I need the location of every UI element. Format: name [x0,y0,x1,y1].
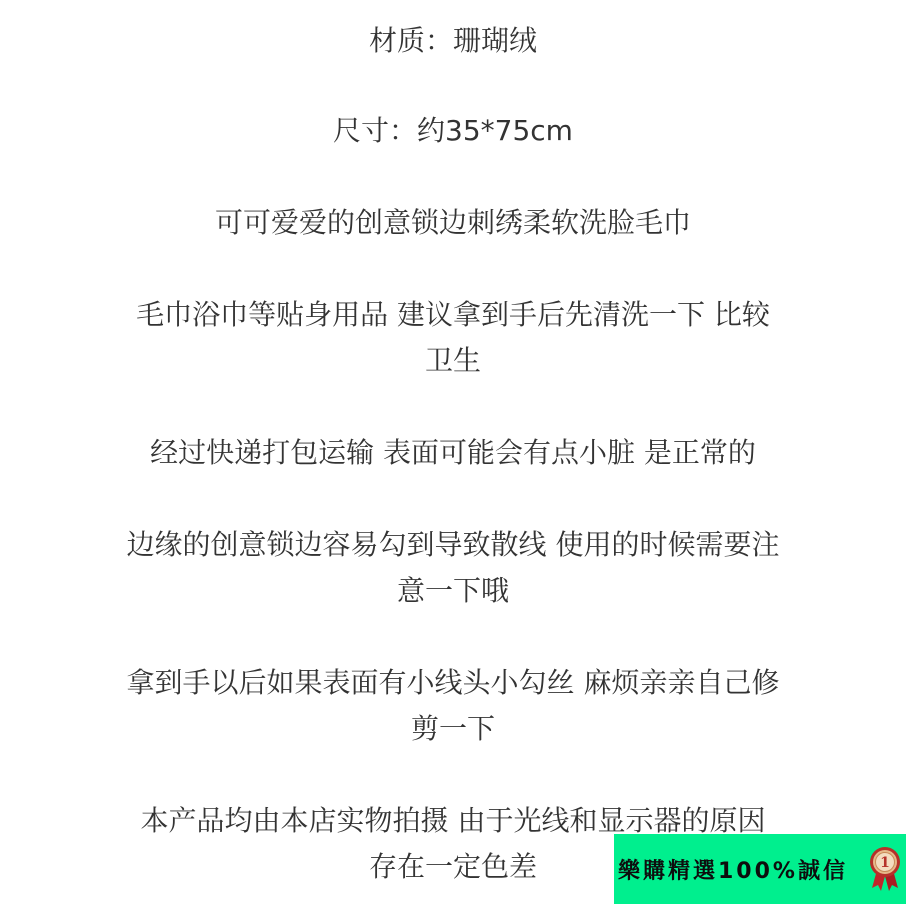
product-title-line: 可可爱爱的创意锁边刺绣柔软洗脸毛巾 [0,200,906,246]
wash-note-line-cont: 卫生 [0,338,906,384]
material-line: 材质：珊瑚绒 [0,18,906,64]
shipping-note-line: 经过快递打包运输 表面可能会有点小脏 是正常的 [0,430,906,476]
thread-note-line: 拿到手以后如果表面有小线头小勾丝 麻烦亲亲自己修 [0,660,906,706]
medal-1-icon: 1 [868,846,902,892]
edge-note-line-cont: 意一下哦 [0,568,906,614]
size-line: 尺寸：约35*75cm [0,108,906,154]
thread-note-line-cont: 剪一下 [0,706,906,752]
trust-badge: 樂購精選100%誠信 1 [614,834,906,904]
edge-note-line: 边缘的创意锁边容易勾到导致散线 使用的时候需要注 [0,522,906,568]
svg-text:1: 1 [880,855,890,871]
trust-badge-text: 樂購精選100%誠信 [618,854,848,885]
wash-note-line: 毛巾浴巾等贴身用品 建议拿到手后先清洗一下 比较 [0,292,906,338]
